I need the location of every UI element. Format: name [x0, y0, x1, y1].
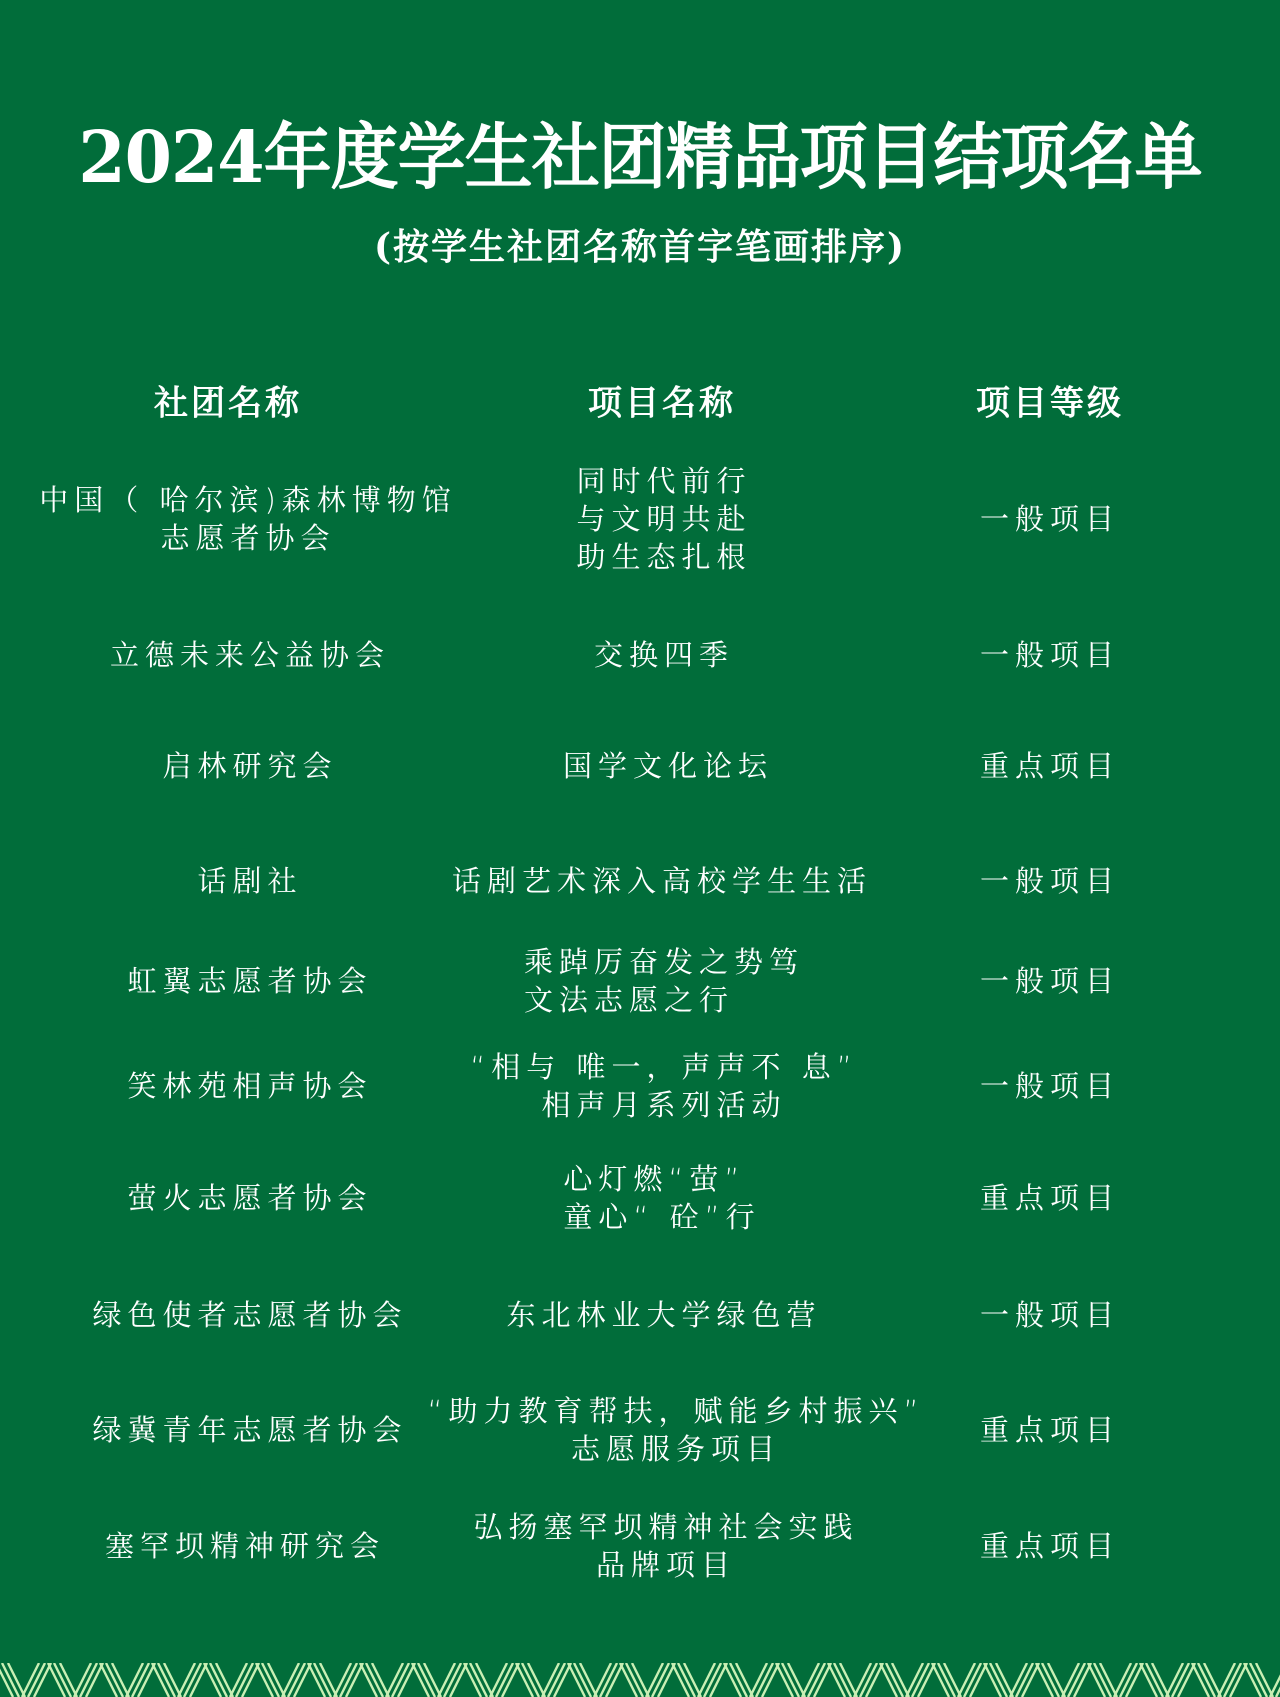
header-project-level: 项目等级	[976, 376, 1124, 425]
header-club-name: 社团名称	[154, 376, 302, 425]
project-name: 乘踔厉奋发之势笃 文法志愿之行	[524, 943, 804, 1019]
project-level: 一般项目	[980, 962, 1120, 1000]
project-name: 交换四季	[594, 636, 734, 674]
project-name: 弘扬塞罕坝精神社会实践 品牌项目	[473, 1508, 858, 1584]
club-name: 塞罕坝精神研究会	[105, 1527, 385, 1565]
project-name: “相与 唯一，声声不 息” 相声月系列活动	[470, 1048, 858, 1124]
project-level: 重点项目	[980, 747, 1120, 785]
club-name: 立德未来公益协会	[110, 636, 390, 674]
club-name: 萤火志愿者协会	[127, 1179, 372, 1217]
club-name: 话剧社	[197, 862, 302, 900]
club-name: 中国（ 哈尔滨)森林博物馆 志愿者协会	[39, 481, 457, 557]
project-name: 心灯燃“萤” 童心“ 砼”行	[563, 1160, 760, 1236]
club-name: 虹翼志愿者协会	[127, 962, 372, 1000]
page-subtitle: (按学生社团名称首字笔画排序)	[0, 222, 1280, 272]
page-title: 2024年度学生社团精品项目结项名单	[0, 106, 1280, 211]
project-name: 同时代前行 与文明共赴 助生态扎根	[576, 462, 751, 576]
zigzag-border-decoration	[0, 1663, 1280, 1697]
project-name: 国学文化论坛	[563, 747, 773, 785]
project-level: 重点项目	[980, 1179, 1120, 1217]
project-level: 一般项目	[980, 1067, 1120, 1105]
project-name: 话剧艺术深入高校学生生活	[452, 862, 872, 900]
club-name: 绿色使者志愿者协会	[92, 1296, 407, 1334]
project-level: 一般项目	[980, 636, 1120, 674]
club-name: 启林研究会	[162, 747, 337, 785]
project-name: “助力教育帮扶，赋能乡村振兴” 志愿服务项目	[427, 1392, 924, 1468]
project-level: 一般项目	[980, 862, 1120, 900]
project-level: 重点项目	[980, 1411, 1120, 1449]
club-name: 笑林苑相声协会	[127, 1067, 372, 1105]
club-name: 绿冀青年志愿者协会	[92, 1411, 407, 1449]
header-project-name: 项目名称	[588, 376, 736, 425]
project-level: 一般项目	[980, 1296, 1120, 1334]
project-level: 一般项目	[980, 500, 1120, 538]
project-name: 东北林业大学绿色营	[506, 1296, 821, 1334]
project-level: 重点项目	[980, 1527, 1120, 1565]
